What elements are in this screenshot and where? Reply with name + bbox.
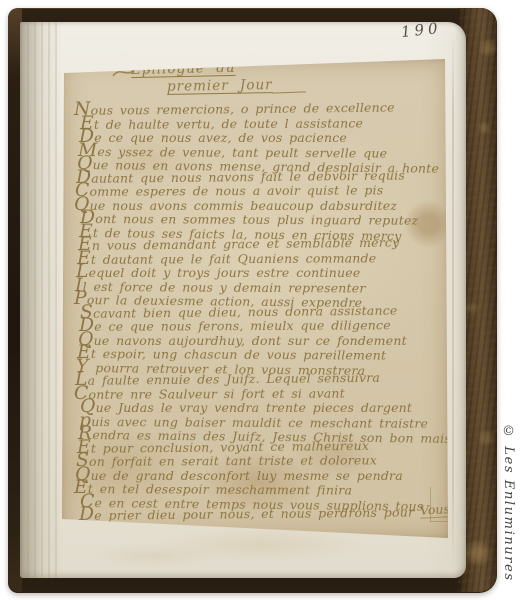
manuscript-line: De prier dieu pour nous, et nous perdron… [79, 504, 414, 522]
manuscript-line: De ce que nous avez, de vos pacience [79, 130, 347, 144]
manuscript-line: Que de grand desconfort luy mesme se pen… [75, 468, 403, 482]
photo-canvas: Epillogue du premier Jour Nous vous reme… [0, 0, 525, 600]
manuscript-line: De ce que nous ferons, mieulx que dilige… [79, 317, 391, 333]
manuscript-title-line2: premier Jour [167, 78, 273, 95]
manuscript-line: Que navons aujourdhuy, dont sur ce fonde… [78, 333, 407, 347]
manuscript-line: Nous vous remercions, o prince de excell… [74, 100, 395, 117]
manuscript-line: Son forfait en serait tant triste et dol… [76, 452, 377, 468]
photo-credit: © Les Enluminures [501, 424, 516, 596]
manuscript-line: Dont nous en sommes tous plus inguard re… [80, 211, 418, 227]
manuscript-line: Et espoir, ung chascun de vous pareillem… [77, 346, 386, 362]
catchword: Vous [420, 502, 451, 519]
manuscript-line: Et de haulte vertu, de toute l assistanc… [80, 115, 363, 130]
manuscript-line: Lequel doit y troys jours estre continue… [76, 265, 361, 279]
manuscript-line: Que nous avons commis beaucoup dabsurdit… [74, 198, 397, 212]
manuscript-line: Et en tel desespoir meschamment finira [74, 481, 352, 496]
page-gutter [20, 22, 62, 578]
manuscript-line: Et dautant que le fait Quaniens commande [77, 250, 376, 266]
page-crease [452, 30, 454, 570]
manuscript-line: Comme esperes de nous a avoir quist le p… [75, 182, 383, 198]
manuscript-line: En vous demandant grace et semblable mer… [78, 235, 400, 252]
manuscript-line: La faulte ennuie des Juifz. Lequel sensu… [75, 370, 380, 387]
manuscript-line: Que Judas le vray vendra trente pieces d… [80, 400, 412, 414]
manuscript-line: Contre nre Saulveur si fort et si avant [74, 385, 345, 400]
